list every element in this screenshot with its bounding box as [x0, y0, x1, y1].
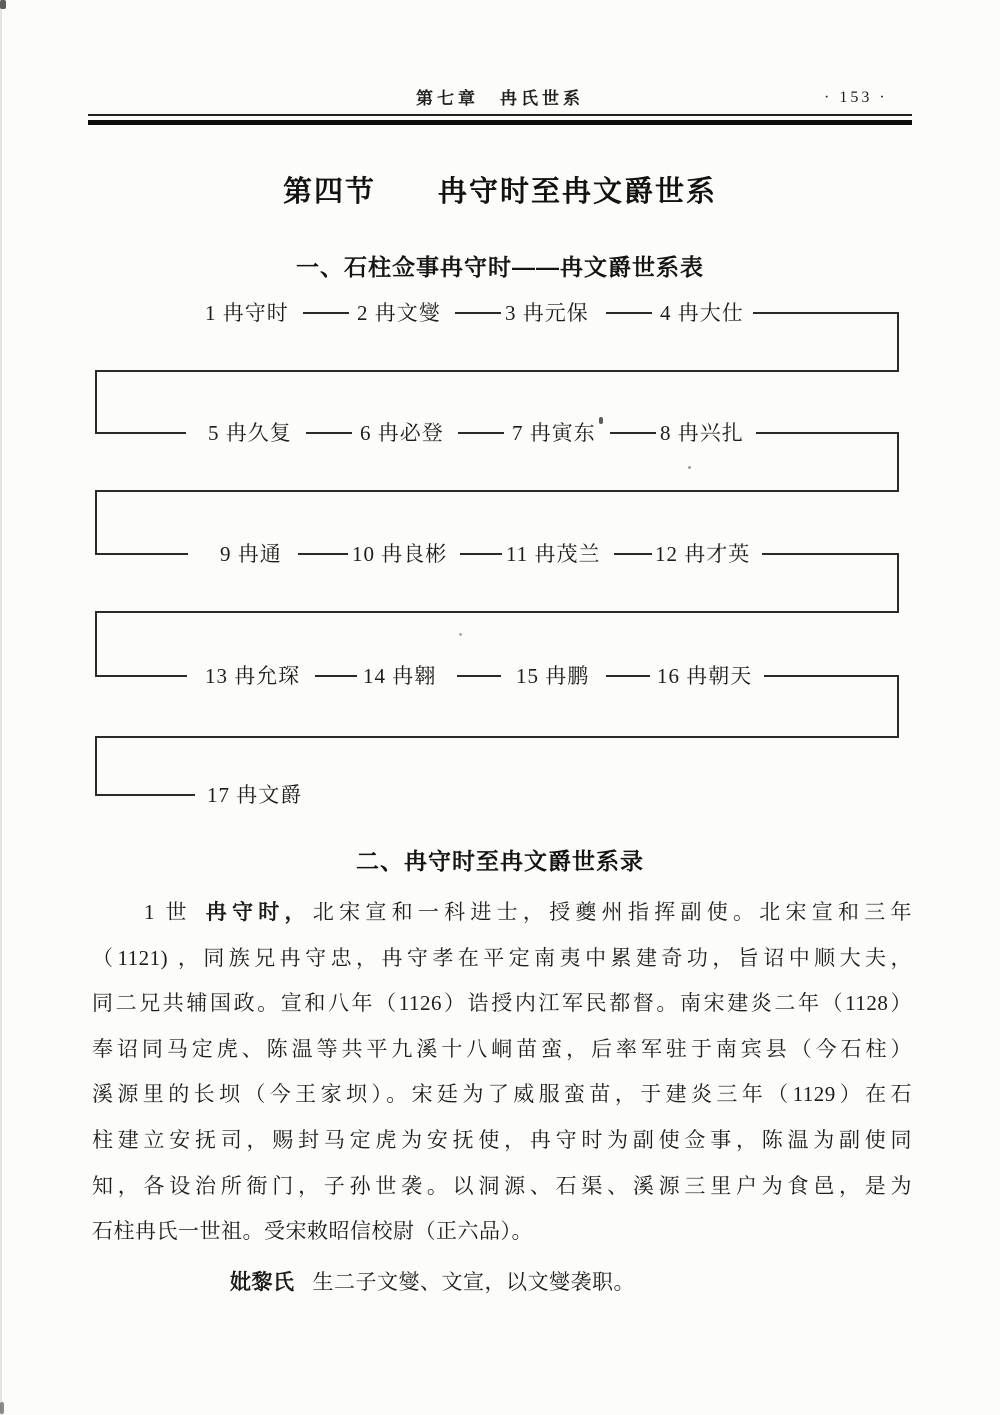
- scan-edge: [0, 0, 2, 1415]
- connector-line: [897, 675, 899, 738]
- body-line-4: 奉诏同马定虎、陈温等共平九溪十八峒苗蛮，后率军驻于南宾县（今石柱）: [92, 1027, 912, 1073]
- body-line-1-text: 北宋宣和一科进士，授夔州指挥副使。北宋宣和三年: [313, 900, 912, 924]
- gen-label-15: 15 冉鹏: [516, 661, 589, 691]
- connector-line: [95, 370, 97, 434]
- gen-label-9: 9 冉通: [220, 539, 282, 569]
- connector-line: [95, 675, 187, 677]
- body-line-5: 溪源里的长坝（今王家坝）。宋廷为了威服蛮苗，于建炎三年（1129）在石: [92, 1072, 912, 1118]
- body-line-9-text: 生二子文燮、文宣，以文燮袭职。: [313, 1270, 636, 1294]
- scan-speck: [0, 0, 6, 9]
- connector-line: [897, 312, 899, 372]
- wife-name-bold: 妣黎氏: [230, 1271, 295, 1294]
- gen-label-1: 1 冉守时: [205, 298, 289, 328]
- connector-line: [458, 432, 504, 434]
- connector-line: [455, 312, 501, 314]
- ancestor-name-bold: 冉守时，: [206, 901, 311, 924]
- connector-line: [95, 490, 97, 555]
- gen-label-17: 17 冉文爵: [207, 780, 302, 810]
- scan-speck: [688, 466, 691, 469]
- gen-label-11: 11 冉茂兰: [506, 539, 600, 569]
- gen-label-16: 16 冉朝天: [657, 661, 752, 691]
- scan-speck: [599, 417, 603, 424]
- body-line-3: 同二兄共辅国政。宣和八年（1126）诰授内江军民都督。南宋建炎二年（1128）: [92, 981, 912, 1027]
- connector-line: [756, 432, 899, 434]
- connector-line: [95, 553, 188, 555]
- gen-label-7: 7 冉寅东: [512, 418, 596, 448]
- connector-line: [298, 553, 348, 555]
- body-line-9: 妣黎氏生二子文燮、文宣，以文燮袭职。: [92, 1260, 912, 1306]
- body-line-2: （1121) ，同族兄冉守忠，冉守孝在平定南夷中累建奇功，旨诏中顺大夫，: [92, 936, 912, 982]
- gen-label-12: 12 冉才英: [655, 539, 750, 569]
- connector-line: [457, 675, 501, 677]
- body-line-8: 石柱冉氏一世祖。受宋敕昭信校尉（正六品）。: [92, 1209, 912, 1255]
- connector-line: [95, 611, 899, 613]
- scan-speck: [459, 633, 462, 636]
- connector-line: [95, 794, 195, 796]
- gen-label-13: 13 冉允琛: [205, 661, 300, 691]
- body-line-1: 1 世冉守时，北宋宣和一科进士，授夔州指挥副使。北宋宣和三年: [92, 890, 912, 936]
- gen-label-8: 8 冉兴扎: [660, 418, 744, 448]
- gen-label-14: 14 冉翱: [363, 661, 436, 691]
- connector-line: [95, 370, 899, 372]
- body-line-6: 柱建立安抚司，赐封马定虎为安抚使，冉守时为副使佥事，陈温为副使同: [92, 1118, 912, 1164]
- connector-line: [95, 736, 899, 738]
- connector-line: [762, 553, 899, 555]
- book-page: 第七章 冉氏世系 · 153 · 第四节 冉守时至冉文爵世系 一、石柱佥事冉守时…: [0, 0, 1000, 1415]
- connector-line: [95, 736, 97, 796]
- body-line-7: 知，各设治所衙门，子孙世袭。以洞源、石渠、溪源三里户为食邑，是为: [92, 1164, 912, 1210]
- connector-line: [753, 312, 899, 314]
- gen-label-5: 5 冉久复: [208, 418, 292, 448]
- connector-line: [95, 432, 186, 434]
- generation-number: 1 世: [144, 900, 192, 924]
- connector-line: [460, 553, 502, 555]
- connector-line: [610, 432, 656, 434]
- connector-line: [764, 675, 899, 677]
- connector-line: [614, 553, 652, 555]
- gen-label-6: 6 冉必登: [360, 418, 444, 448]
- gen-label-2: 2 冉文燮: [357, 298, 441, 328]
- gen-label-4: 4 冉大仕: [660, 298, 744, 328]
- record-heading: 二、冉守时至冉文爵世系录: [0, 843, 1000, 876]
- connector-line: [606, 312, 652, 314]
- connector-line: [315, 675, 357, 677]
- record-body: 1 世冉守时，北宋宣和一科进士，授夔州指挥副使。北宋宣和三年 （1121) ，同…: [92, 890, 912, 1305]
- connector-line: [95, 490, 899, 492]
- connector-line: [606, 675, 650, 677]
- connector-line: [897, 432, 899, 492]
- scan-speck: [0, 1402, 4, 1414]
- connector-line: [306, 432, 352, 434]
- connector-line: [303, 312, 349, 314]
- connector-line: [95, 611, 97, 677]
- gen-label-10: 10 冉良彬: [352, 539, 447, 569]
- connector-line: [897, 553, 899, 613]
- gen-label-3: 3 冉元保: [505, 298, 589, 328]
